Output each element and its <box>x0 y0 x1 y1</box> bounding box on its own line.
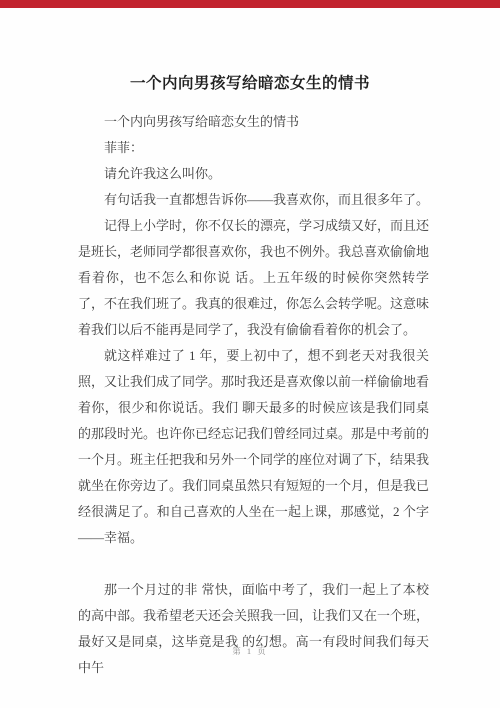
page-number: 第 1 页 <box>0 645 500 657</box>
paragraph: 有句话我一直都想告诉你——我喜欢你，而且很多年了。 <box>78 187 429 213</box>
paragraph: 那一个月过的非 常快，面临中考了，我们一起上了本校的高中部。我希望老天还会关照我… <box>78 577 429 681</box>
document-page: 一个内向男孩写给暗恋女生的情书 一个内向男孩写给暗恋女生的情书菲菲：请允许我这么… <box>0 0 500 708</box>
paragraph: 请允许我这么叫你。 <box>78 161 429 187</box>
paragraph: 一个内向男孩写给暗恋女生的情书 <box>78 109 429 135</box>
paragraph: 就这样难过了 1 年，要上初中了，想不到老天对我很关照，又让我们成了同学。那时我… <box>78 343 429 551</box>
top-accent-bar <box>0 0 500 8</box>
paragraph: 记得上小学时，你不仅长的漂亮，学习成绩又好，而且还是班长，老师同学都很喜欢你，我… <box>78 213 429 343</box>
paragraph: 菲菲： <box>78 135 429 161</box>
document-title: 一个内向男孩写给暗恋女生的情书 <box>0 71 500 93</box>
document-body: 一个内向男孩写给暗恋女生的情书菲菲：请允许我这么叫你。有句话我一直都想告诉你——… <box>78 109 429 681</box>
